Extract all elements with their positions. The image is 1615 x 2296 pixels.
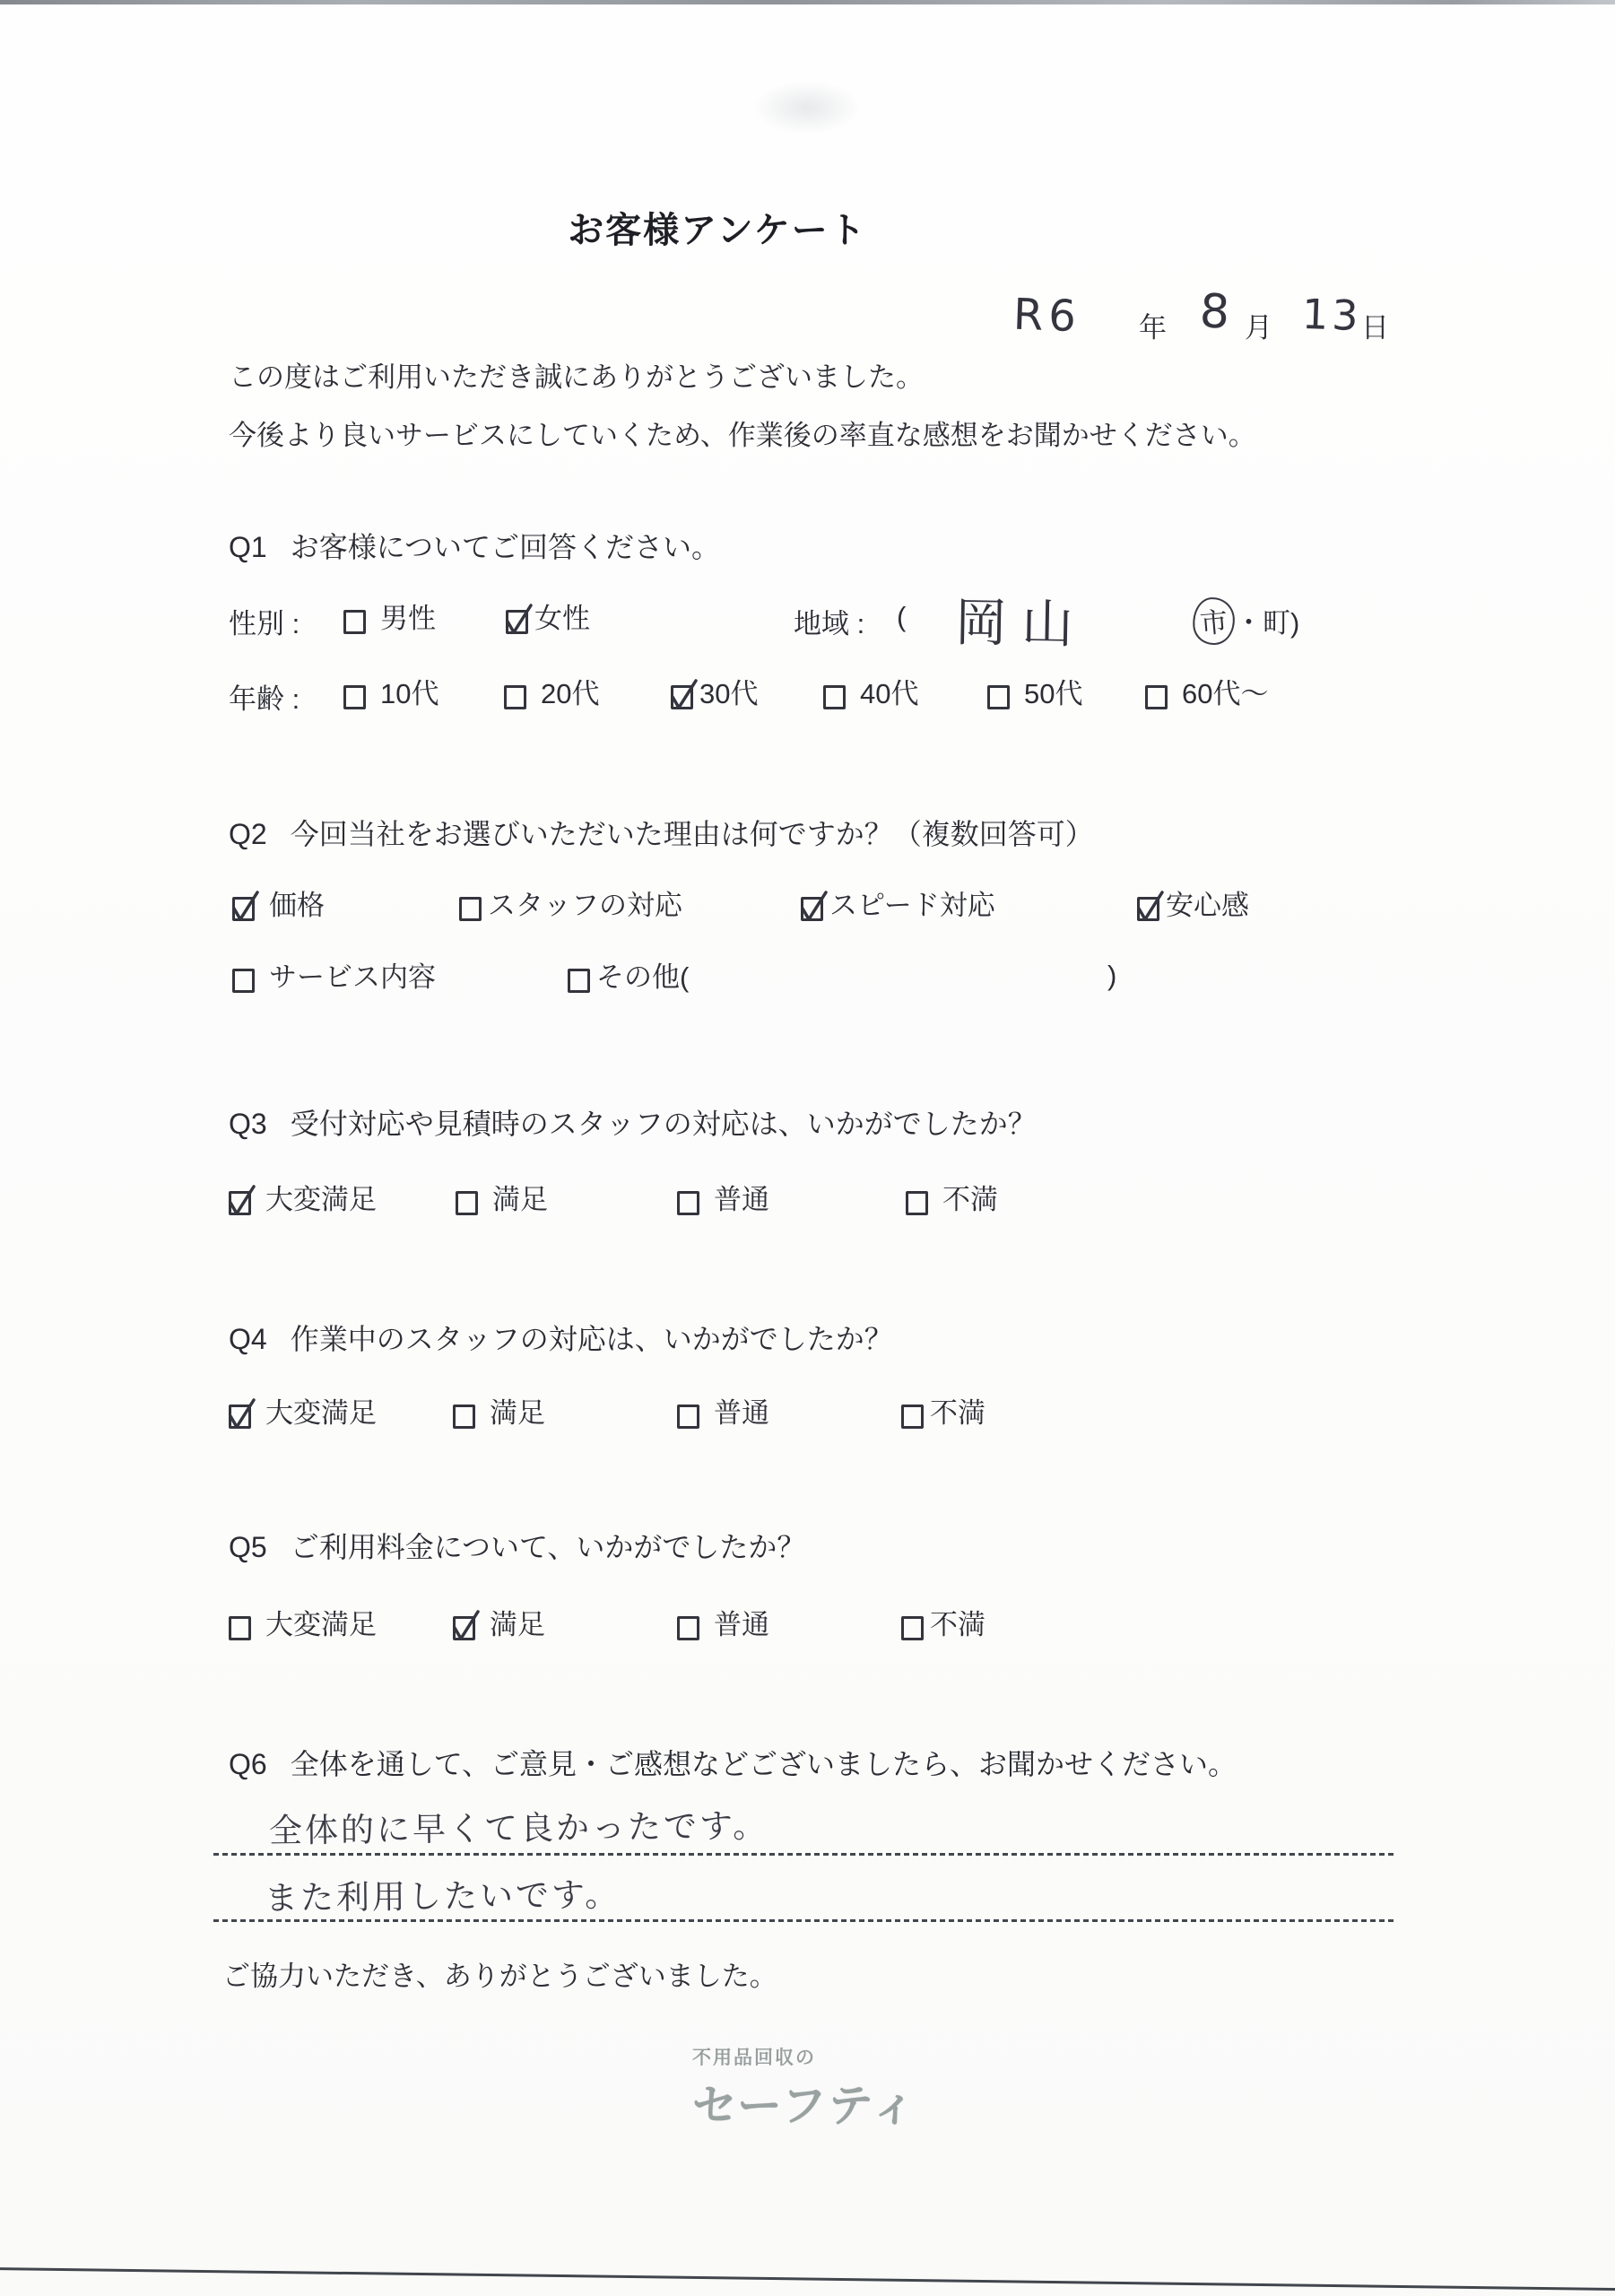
checkbox-age-20s[interactable] <box>504 685 526 709</box>
q4-option-dissatisfied[interactable]: 不満 <box>901 1390 985 1431</box>
q4-option-very-satisfied[interactable]: 大変満足 <box>229 1390 377 1431</box>
date-day-value: 13 <box>1301 290 1362 340</box>
checkbox-other[interactable] <box>568 969 590 993</box>
q3-option-dissatisfied-label: 不満 <box>942 1177 998 1217</box>
region-open-paren: ( <box>897 601 906 633</box>
q2-number: Q2 <box>229 818 267 851</box>
q2-option-other-label: その他( <box>596 954 689 995</box>
q2-option-speed-label: スピード対応 <box>829 883 995 923</box>
answer-rule-2 <box>213 1919 1395 1922</box>
age-option-40s-label: 40代 <box>860 671 918 711</box>
checkbox-male[interactable] <box>343 610 366 634</box>
checkbox-q3-satisfied[interactable] <box>456 1191 478 1215</box>
checkbox-q4-neutral[interactable] <box>677 1405 699 1429</box>
date-month-value: 8 <box>1198 284 1230 340</box>
q6-number: Q6 <box>229 1748 267 1781</box>
company-logo: 不用品回収の セーフティ <box>692 2043 918 2135</box>
date-day-unit: 日 <box>1361 305 1389 345</box>
q5-option-very-satisfied[interactable]: 大変満足 <box>229 1602 377 1642</box>
q2-option-trust-label: 安心感 <box>1166 883 1249 923</box>
region-label: 地域 : <box>794 601 864 641</box>
q2-option-service-label: サービス内容 <box>269 954 436 995</box>
q6-heading: Q6全体を通して、ご意見・ご感想などございましたら、お聞かせください。 <box>229 1742 1237 1783</box>
q2-option-speed[interactable]: スピード対応 <box>801 883 995 923</box>
region-value-handwritten: 岡山 <box>954 580 1088 658</box>
q1-heading: Q1お客様についてご回答ください。 <box>229 525 720 566</box>
age-option-20s[interactable]: 20代 <box>504 671 599 711</box>
checkbox-q5-satisfied[interactable] <box>453 1616 475 1640</box>
q4-number: Q4 <box>229 1323 267 1356</box>
q3-option-neutral-label: 普通 <box>714 1177 769 1217</box>
logo-tagline: 不用品回収の <box>692 2043 918 2070</box>
q5-option-very-satisfied-label: 大変満足 <box>265 1602 377 1642</box>
gender-label: 性別 : <box>229 601 300 641</box>
q3-heading: Q3受付対応や見積時のスタッフの対応は、いかがでしたか？ <box>229 1101 1037 1143</box>
age-option-50s-label: 50代 <box>1024 671 1082 711</box>
q3-options-row: 大変満足 満足 普通 不満 <box>0 1177 1615 1231</box>
answer-rule-1 <box>213 1853 1395 1856</box>
checkbox-q3-dissatisfied[interactable] <box>906 1191 928 1215</box>
age-option-10s-label: 10代 <box>380 671 438 711</box>
scan-edge-top <box>0 0 1615 4</box>
age-option-60s-label: 60代～ <box>1182 671 1268 711</box>
gender-option-male-label: 男性 <box>380 596 436 636</box>
q2-option-staff-response-label: スタッフの対応 <box>488 883 682 923</box>
checkbox-age-50s[interactable] <box>987 685 1010 709</box>
age-option-20s-label: 20代 <box>541 671 599 711</box>
q4-option-dissatisfied-label: 不満 <box>930 1390 985 1431</box>
q1-text: お客様についてご回答ください。 <box>291 531 720 563</box>
gender-option-male[interactable]: 男性 <box>343 596 436 636</box>
checkbox-q5-very-satisfied[interactable] <box>229 1616 251 1640</box>
age-option-30s-label: 30代 <box>699 671 758 711</box>
gender-option-female[interactable]: 女性 <box>506 596 590 636</box>
logo-name: セーフティ <box>691 2070 919 2135</box>
gender-option-female-label: 女性 <box>534 596 590 636</box>
q4-option-satisfied-label: 満足 <box>490 1390 545 1431</box>
q5-text: ご利用料金について、いかがでしたか？ <box>291 1531 806 1563</box>
q2-option-trust[interactable]: 安心感 <box>1137 883 1249 923</box>
date-year-value: R6 <box>1012 290 1082 343</box>
scan-smudge <box>753 81 861 135</box>
q4-option-neutral[interactable]: 普通 <box>677 1390 769 1431</box>
q6-answer-line-2: また利用したいです。 <box>265 1867 621 1919</box>
q5-option-satisfied-label: 満足 <box>490 1602 545 1642</box>
q5-number: Q5 <box>229 1531 267 1564</box>
checkbox-age-30s[interactable] <box>671 685 693 709</box>
date-year-unit: 年 <box>1139 305 1167 345</box>
q5-option-neutral[interactable]: 普通 <box>677 1602 769 1642</box>
intro-line-1: この度はご利用いただき誠にありがとうございました。 <box>229 354 924 395</box>
q2-option-service[interactable]: サービス内容 <box>232 954 436 995</box>
q2-option-other[interactable]: その他( <box>568 954 689 995</box>
closing-text: ご協力いただき、ありがとうございました。 <box>222 1953 777 1994</box>
age-label: 年齢 : <box>229 676 300 717</box>
q2-option-price[interactable]: 価格 <box>232 883 325 923</box>
q3-option-satisfied[interactable]: 満足 <box>456 1177 548 1217</box>
q5-heading: Q5ご利用料金について、いかがでしたか？ <box>229 1525 805 1566</box>
checkbox-q3-very-satisfied[interactable] <box>229 1191 251 1215</box>
q4-option-neutral-label: 普通 <box>714 1390 769 1431</box>
intro-line-2: 今後より良いサービスにしていくため、作業後の率直な感想をお聞かせください。 <box>229 413 1256 453</box>
q2-text: 今回当社をお選びいただいた理由は何ですか？（複数回答可） <box>291 818 1094 850</box>
q5-option-dissatisfied-label: 不満 <box>930 1602 985 1642</box>
age-option-30s[interactable]: 30代 <box>671 671 758 711</box>
q5-option-satisfied[interactable]: 満足 <box>453 1602 545 1642</box>
checkbox-price[interactable] <box>232 897 255 921</box>
checkbox-q5-neutral[interactable] <box>677 1616 699 1640</box>
q3-option-satisfied-label: 満足 <box>492 1177 548 1217</box>
q1-age-row: 年齢 : 10代 20代 30代 40代 50代 60代～ <box>0 671 1615 725</box>
q1-gender-region-row: 性別 : 男性 女性 地域 : ( 岡山 市・町) <box>0 596 1615 649</box>
checkbox-service[interactable] <box>232 969 255 993</box>
q2-options-row-1: 価格 スタッフの対応 スピード対応 安心感 <box>0 883 1615 936</box>
q5-option-neutral-label: 普通 <box>714 1602 769 1642</box>
q3-option-neutral[interactable]: 普通 <box>677 1177 769 1217</box>
q5-option-dissatisfied[interactable]: 不満 <box>901 1602 985 1642</box>
page-title: お客様アンケート <box>516 202 919 253</box>
age-option-10s[interactable]: 10代 <box>343 671 438 711</box>
checkbox-trust[interactable] <box>1137 897 1159 921</box>
checkbox-age-40s[interactable] <box>823 685 846 709</box>
region-circled-city: 市 <box>1191 596 1237 647</box>
checkbox-q5-dissatisfied[interactable] <box>901 1616 924 1640</box>
q3-option-very-satisfied-label: 大変満足 <box>265 1177 377 1217</box>
q2-option-price-label: 価格 <box>269 883 325 923</box>
q4-option-very-satisfied-label: 大変満足 <box>265 1390 377 1431</box>
q5-options-row: 大変満足 満足 普通 不満 <box>0 1602 1615 1656</box>
region-suffix: 市・町) <box>1193 597 1299 645</box>
checkbox-speed[interactable] <box>801 897 823 921</box>
q4-heading: Q4作業中のスタッフの対応は、いかがでしたか？ <box>229 1317 893 1358</box>
q3-option-very-satisfied[interactable]: 大変満足 <box>229 1177 377 1217</box>
q2-heading: Q2今回当社をお選びいただいた理由は何ですか？（複数回答可） <box>229 812 1094 853</box>
q2-option-staff-response[interactable]: スタッフの対応 <box>459 883 682 923</box>
q4-option-satisfied[interactable]: 満足 <box>453 1390 545 1431</box>
q3-text: 受付対応や見積時のスタッフの対応は、いかがでしたか？ <box>291 1108 1037 1140</box>
q3-number: Q3 <box>229 1108 267 1141</box>
age-option-60s[interactable]: 60代～ <box>1145 671 1268 711</box>
scan-edge-bottom <box>0 2267 1615 2291</box>
checkbox-female[interactable] <box>506 610 528 634</box>
scanned-survey-page: { "title": "お客様アンケート", "date": { "year_v… <box>0 0 1615 2296</box>
q6-answer-line-1: 全体的に早くて良かったです。 <box>269 1798 769 1852</box>
checkbox-staff-response[interactable] <box>459 897 482 921</box>
checkbox-age-10s[interactable] <box>343 685 366 709</box>
q6-text: 全体を通して、ご意見・ご感想などございましたら、お聞かせください。 <box>291 1748 1237 1780</box>
date-month-unit: 月 <box>1245 305 1272 345</box>
checkbox-q4-very-satisfied[interactable] <box>229 1405 251 1429</box>
checkbox-q3-neutral[interactable] <box>677 1191 699 1215</box>
checkbox-q4-dissatisfied[interactable] <box>901 1405 924 1429</box>
checkbox-age-60s[interactable] <box>1145 685 1168 709</box>
age-option-50s[interactable]: 50代 <box>987 671 1082 711</box>
q3-option-dissatisfied[interactable]: 不満 <box>906 1177 998 1217</box>
q2-close-paren: ) <box>1107 960 1116 992</box>
q4-options-row: 大変満足 満足 普通 不満 <box>0 1390 1615 1444</box>
region-suffix-rest: ・町) <box>1235 607 1299 639</box>
checkbox-q4-satisfied[interactable] <box>453 1405 475 1429</box>
q4-text: 作業中のスタッフの対応は、いかがでしたか？ <box>291 1323 893 1355</box>
age-option-40s[interactable]: 40代 <box>823 671 918 711</box>
q2-options-row-2: サービス内容 その他( ) <box>0 954 1615 1008</box>
q1-number: Q1 <box>229 531 267 564</box>
